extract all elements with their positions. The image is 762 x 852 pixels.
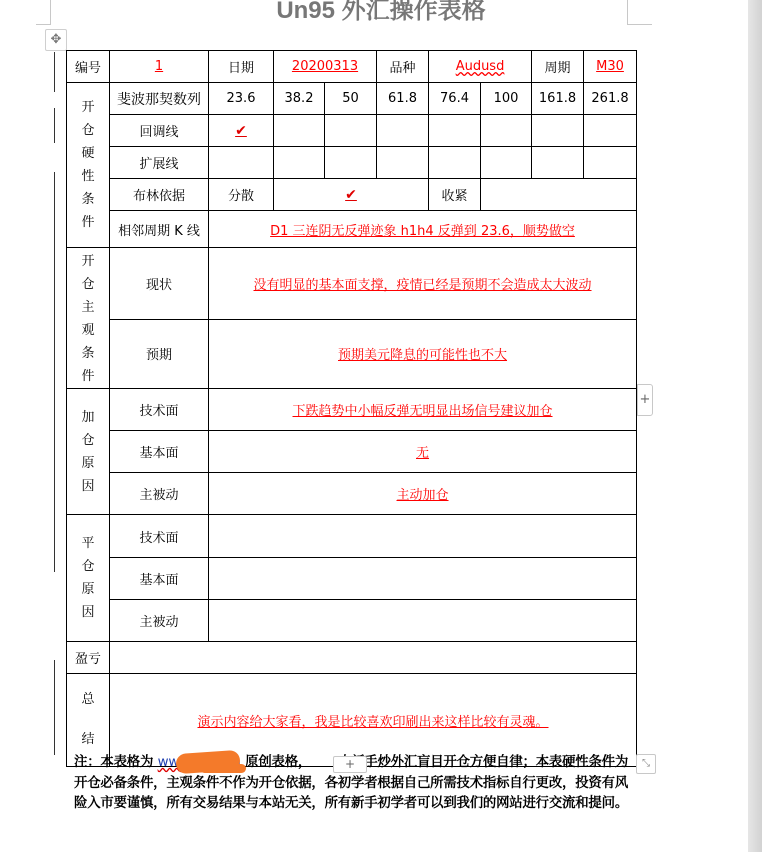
- adjacent-k-row: 相邻周期 K 线 D1 三连阴无反弹迹象 h1h4 反弹到 23.6，顺势做空: [67, 211, 637, 248]
- date-label: 日期: [209, 51, 274, 83]
- adjacent-k-value[interactable]: D1 三连阴无反弹迹象 h1h4 反弹到 23.6，顺势做空: [209, 211, 637, 248]
- margin-change-bar: [54, 52, 55, 92]
- fib-value: 23.6: [209, 83, 274, 115]
- checkmark-icon: ✔: [235, 123, 247, 139]
- pnl-label: 盈亏: [67, 642, 110, 674]
- close-initiative-row: 主被动: [67, 600, 637, 642]
- fib-value: 76.4: [429, 83, 481, 115]
- add-row-button[interactable]: +: [333, 756, 367, 773]
- close-initiative-value[interactable]: [209, 600, 637, 642]
- number-label: 编号: [67, 51, 110, 83]
- margin-change-bar: [54, 660, 55, 755]
- bollinger-squeeze-cell[interactable]: [481, 179, 637, 211]
- period-value[interactable]: M30: [584, 51, 637, 83]
- bollinger-label: 布林依据: [110, 179, 209, 211]
- retrace-cell[interactable]: [532, 115, 584, 147]
- extension-cell[interactable]: [429, 147, 481, 179]
- fib-value: 50: [325, 83, 377, 115]
- close-fundamental-label: 基本面: [110, 558, 209, 600]
- checkmark-icon: ✔: [345, 187, 357, 203]
- add-column-button[interactable]: +: [637, 384, 653, 416]
- close-technical-label: 技术面: [110, 515, 209, 558]
- extension-cell[interactable]: [209, 147, 274, 179]
- add-technical-value[interactable]: 下跌趋势中小幅反弹无明显出场信号建议加仓: [209, 389, 637, 431]
- retrace-cell[interactable]: [325, 115, 377, 147]
- retrace-cell[interactable]: [481, 115, 532, 147]
- current-row: 开 仓 主 观 条 件 现状 没有明显的基本面支撑，疫情已经是预期不会造成太大波…: [67, 248, 637, 320]
- redaction-scribble: [200, 764, 246, 773]
- close-position-group-label: 平 仓 原 因: [67, 515, 110, 642]
- period-label: 周期: [532, 51, 584, 83]
- retrace-cell[interactable]: [584, 115, 637, 147]
- extension-cell[interactable]: [377, 147, 429, 179]
- extension-cell[interactable]: [532, 147, 584, 179]
- retrace-cell[interactable]: [429, 115, 481, 147]
- pnl-row: 盈亏: [67, 642, 637, 674]
- add-initiative-row: 主被动 主动加仓: [67, 473, 637, 515]
- expectation-label: 预期: [110, 319, 209, 388]
- pnl-value[interactable]: [110, 642, 637, 674]
- add-position-group-label: 加 仓 原 因: [67, 389, 110, 515]
- symbol-label: 品种: [377, 51, 429, 83]
- close-fundamental-row: 基本面: [67, 558, 637, 600]
- add-fundamental-label: 基本面: [110, 431, 209, 473]
- bollinger-squeeze-label: 收紧: [429, 179, 481, 211]
- close-technical-row: 平 仓 原 因 技术面: [67, 515, 637, 558]
- expectation-value[interactable]: 预期美元降息的可能性也不大: [209, 319, 637, 388]
- fib-value: 38.2: [274, 83, 325, 115]
- extension-cell[interactable]: [481, 147, 532, 179]
- fib-value: 261.8: [584, 83, 637, 115]
- close-fundamental-value[interactable]: [209, 558, 637, 600]
- add-technical-label: 技术面: [110, 389, 209, 431]
- forex-operation-table: 编号 1 日期 20200313 品种 Audusd 周期 M30 开 仓 硬 …: [66, 50, 637, 767]
- extension-row: 扩展线: [67, 147, 637, 179]
- fib-value: 161.8: [532, 83, 584, 115]
- table-move-handle-icon[interactable]: ✥: [45, 29, 67, 51]
- retrace-row: 回调线 ✔: [67, 115, 637, 147]
- close-initiative-label: 主被动: [110, 600, 209, 642]
- add-fundamental-row: 基本面 无: [67, 431, 637, 473]
- retrace-cell[interactable]: [377, 115, 429, 147]
- fib-value: 61.8: [377, 83, 429, 115]
- extension-cell[interactable]: [584, 147, 637, 179]
- current-value[interactable]: 没有明显的基本面支撑，疫情已经是预期不会造成太大波动: [209, 248, 637, 320]
- retrace-cell[interactable]: ✔: [209, 115, 274, 147]
- close-technical-value[interactable]: [209, 515, 637, 558]
- date-value[interactable]: 20200313: [274, 51, 377, 83]
- add-technical-row: 加 仓 原 因 技术面 下跌趋势中小幅反弹无明显出场信号建议加仓: [67, 389, 637, 431]
- extension-cell[interactable]: [274, 147, 325, 179]
- page-gutter: [748, 0, 762, 852]
- retrace-cell[interactable]: [274, 115, 325, 147]
- add-initiative-value[interactable]: 主动加仓: [209, 473, 637, 515]
- fib-label: 斐波那契数列: [110, 83, 209, 115]
- subjective-conditions-group-label: 开 仓 主 观 条 件: [67, 248, 110, 389]
- fib-value: 100: [481, 83, 532, 115]
- bollinger-diverge-label: 分散: [209, 179, 274, 211]
- retrace-label: 回调线: [110, 115, 209, 147]
- bollinger-diverge-cell[interactable]: ✔: [274, 179, 429, 211]
- table-resize-handle-icon[interactable]: ⤡: [636, 754, 656, 774]
- extension-label: 扩展线: [110, 147, 209, 179]
- hard-conditions-group-label: 开 仓 硬 性 条 件: [67, 83, 110, 248]
- extension-cell[interactable]: [325, 147, 377, 179]
- add-initiative-label: 主被动: [110, 473, 209, 515]
- bollinger-row: 布林依据 分散 ✔ 收紧: [67, 179, 637, 211]
- document-title: Un95 外汇操作表格: [0, 0, 762, 25]
- number-value[interactable]: 1: [110, 51, 209, 83]
- margin-change-bar: [54, 172, 55, 572]
- adjacent-k-label: 相邻周期 K 线: [110, 211, 209, 248]
- fib-row: 开 仓 硬 性 条 件 斐波那契数列 23.6 38.2 50 61.8 76.…: [67, 83, 637, 115]
- add-fundamental-value[interactable]: 无: [209, 431, 637, 473]
- header-row: 编号 1 日期 20200313 品种 Audusd 周期 M30: [67, 51, 637, 83]
- symbol-value[interactable]: Audusd: [429, 51, 532, 83]
- current-label: 现状: [110, 248, 209, 320]
- expectation-row: 预期 预期美元降息的可能性也不大: [67, 319, 637, 388]
- margin-change-bar: [54, 108, 55, 143]
